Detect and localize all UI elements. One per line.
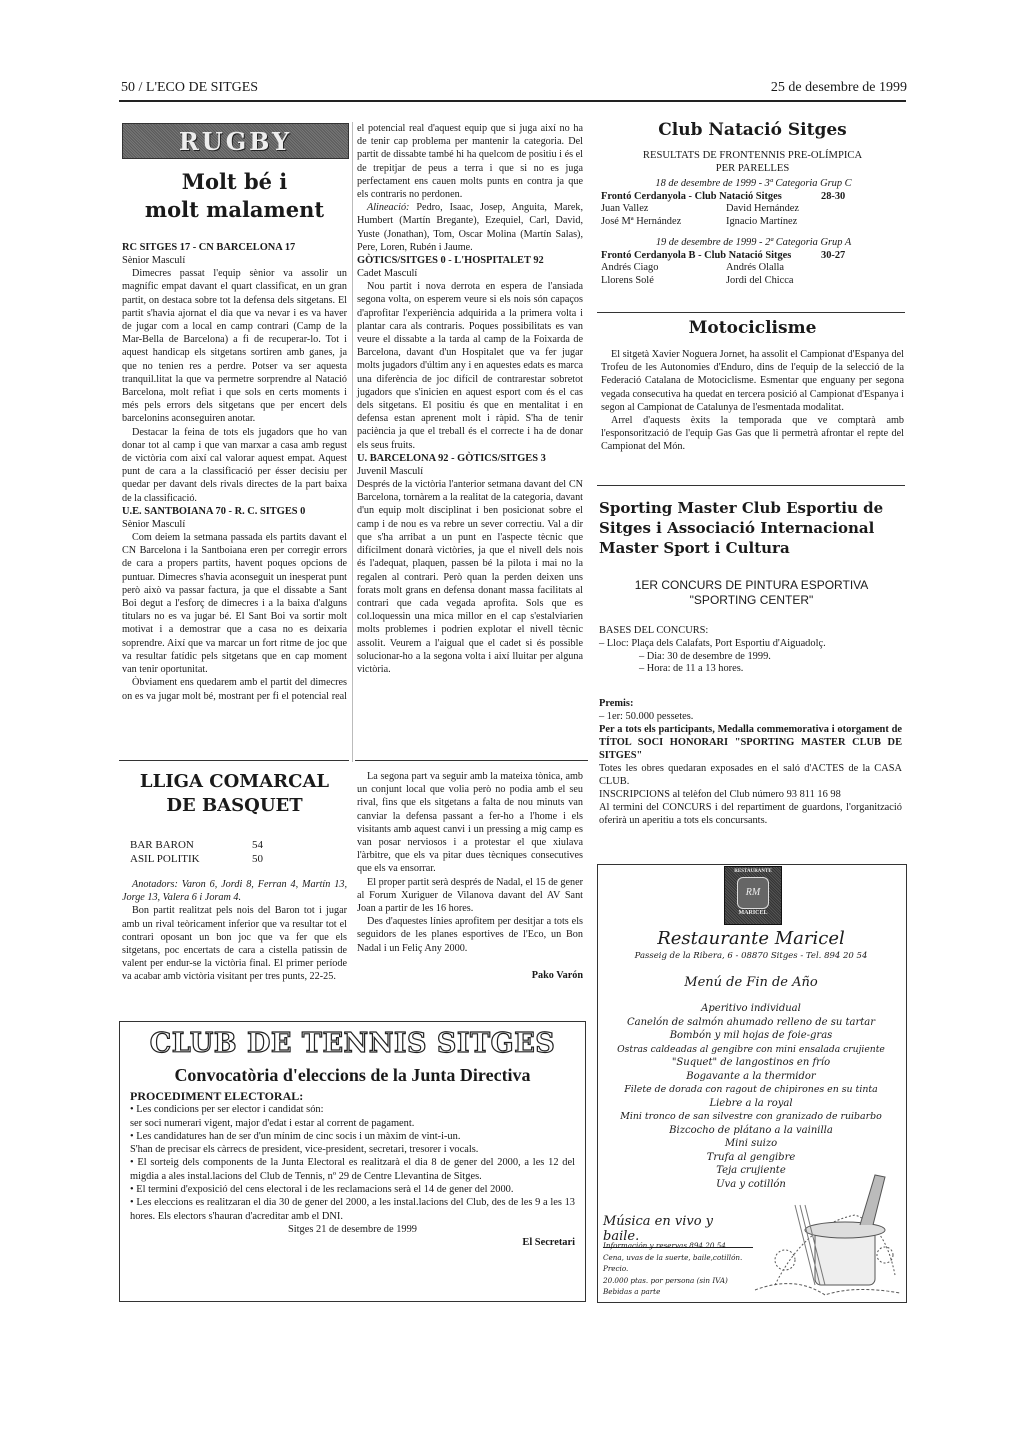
info-line: Cena, uvas de la suerte, baile,cotillón.: [603, 1252, 753, 1264]
round-date: 19 de desembre de 1999 - 2ª Categoria Gr…: [601, 237, 906, 250]
player-name: Llorens Solé: [601, 275, 726, 288]
round-match: Frontó Cerdanyola - Club Natació Sitges2…: [601, 191, 906, 204]
player-name: Andrés Olalla: [726, 262, 876, 275]
player-name: Juan Vallez: [601, 203, 726, 216]
article-paragraph: Òbviament ens quedarem amb el partit del…: [122, 676, 347, 702]
tennis-line: • Les candidatures han de ser d'un mínim…: [130, 1130, 575, 1143]
section-divider: [119, 760, 349, 761]
match-score: 30-27: [821, 250, 845, 263]
menu-item: Canelón de salmón ahumado relleno de su …: [600, 1016, 902, 1030]
prize-item: Al termini del CONCURS i del repartiment…: [599, 801, 902, 827]
menu-item: Filete de dorada con ragout de chipirone…: [600, 1083, 902, 1097]
tennis-line: • Les eleccions es realitzaran el dia 30…: [130, 1196, 575, 1223]
player-name: David Hernández: [726, 203, 876, 216]
menu-item: Bombón y mil hojas de foie-gras: [600, 1029, 902, 1043]
lineup: Alineació: Pedro, Isaac, Josep, Anguita,…: [357, 201, 583, 254]
article-paragraph: Destacar la feina de tots els jugadors q…: [122, 426, 347, 505]
menu-item: Ostras caldeadas al gengibre con mini en…: [600, 1043, 902, 1057]
basquet-headline-line1: LLIGA COMARCAL: [122, 770, 347, 794]
logo-monogram: RM: [737, 877, 769, 909]
match-result: U.E. SANTBOIANA 70 - R. C. SITGES 0: [122, 505, 347, 518]
player-row: Andrés CiagoAndrés Olalla: [601, 262, 906, 275]
tennis-place-date: Sitges 21 de desembre de 1999: [130, 1223, 575, 1236]
team-points: 50: [252, 852, 263, 866]
rugby-headline: Molt bé i molt malament: [122, 168, 347, 224]
rugby-column-1: RC SITGES 17 - CN BARCELONA 17 Sènior Ma…: [122, 241, 347, 702]
logo-bottom-text: MARICEL: [725, 910, 781, 916]
author-byline: Pako Varón: [357, 969, 583, 982]
sporting-headline: Sporting Master Club Esportiu de Sitges …: [599, 498, 907, 558]
info-line: Bebidas a parte: [603, 1286, 753, 1298]
menu-item: Bogavante a la thermidor: [600, 1070, 902, 1084]
bases-item: – Lloc: Plaça dels Calafats, Port Esport…: [599, 638, 904, 651]
prize-item: INSCRIPCIONS al telèfon del Club número …: [599, 788, 902, 801]
basquet-column-1: Anotadors: Varon 6, Jordi 8, Ferran 4, M…: [122, 878, 347, 984]
article-paragraph: El proper partit serà després de Nadal, …: [357, 876, 583, 916]
team-points: 54: [252, 838, 263, 852]
tennis-title: CLUB DE TENNIS SITGES: [120, 1028, 585, 1059]
natacio-headline: Club Natació Sitges: [600, 120, 905, 140]
player-name: Andrés Ciago: [601, 262, 726, 275]
info-line: 20.000 ptas. por persona (sin IVA): [603, 1275, 753, 1287]
lineup-label: Alineació:: [367, 202, 409, 213]
tennis-line: S'han de precisar els càrrecs de preside…: [130, 1143, 575, 1156]
contest-prizes: Premis: – 1er: 50.000 pessetes. Per a to…: [599, 697, 902, 827]
moto-headline: Motociclisme: [600, 318, 905, 338]
bases-label: BASES DEL CONCURS:: [599, 625, 904, 638]
newspaper-page: 50 / L'ECO DE SITGES 25 de desembre de 1…: [0, 0, 1024, 1449]
contest-title-line2: "SPORTING CENTER": [599, 593, 904, 608]
article-paragraph: El sitgetà Xavier Noguera Jornet, ha ass…: [601, 348, 904, 414]
player-row: José Mª HernándezIgnacio Martínez: [601, 216, 906, 229]
article-paragraph: Després de la victòria l'anterior setman…: [357, 478, 583, 676]
article-paragraph: La segona part va seguir amb la mateixa …: [357, 770, 583, 876]
match-result: RC SITGES 17 - CN BARCELONA 17: [122, 241, 347, 254]
contest-bases: BASES DEL CONCURS: – Lloc: Plaça dels Ca…: [599, 625, 904, 676]
prize-item: Totes les obres quedaran exposades en el…: [599, 762, 902, 788]
article-paragraph-continued: el potencial real d'aquest equip que si …: [357, 122, 583, 201]
article-paragraph: Des d'aquestes línies aprofitem per desi…: [357, 915, 583, 955]
score-row: ASIL POLITIK50: [130, 852, 263, 866]
match-category: Sènior Masculí: [122, 518, 347, 531]
article-paragraph: Com deiem la setmana passada els partits…: [122, 531, 347, 676]
info-line: Información y reservas 894 20 54: [603, 1240, 753, 1252]
rugby-headline-line1: Molt bé i: [122, 168, 347, 196]
moto-body: El sitgetà Xavier Noguera Jornet, ha ass…: [601, 348, 904, 454]
tennis-subtitle: Convocatòria d'eleccions de la Junta Dir…: [120, 1065, 585, 1086]
tennis-body: PROCEDIMENT ELECTORAL: • Les condicions …: [120, 1090, 585, 1250]
champagne-bucket-illustration: [745, 1165, 905, 1300]
basquet-headline: LLIGA COMARCAL DE BASQUET: [122, 770, 347, 818]
article-paragraph: Dimecres passat l'equip sènior va assoli…: [122, 267, 347, 425]
scorers: Anotadors: Varon 6, Jordi 8, Ferran 4, M…: [122, 878, 347, 904]
round-match: Frontó Cerdanyola B - Club Natació Sitge…: [601, 250, 906, 263]
menu-item: Liebre a la royal: [600, 1097, 902, 1111]
section-divider: [355, 760, 588, 761]
prize-item: Per a tots els participants, Medalla com…: [599, 723, 902, 762]
bases-item: – Hora: de 11 a 13 hores.: [599, 663, 904, 676]
basquet-headline-line2: DE BASQUET: [122, 794, 347, 818]
natacio-subtitle: RESULTATS DE FRONTENNIS PRE-OLÍMPICA PER…: [600, 150, 905, 175]
match-category: Sènior Masculí: [122, 254, 347, 267]
round-date: 18 de desembre de 1999 - 3ª Categoria Gr…: [601, 178, 906, 191]
tennis-signature: El Secretari: [130, 1236, 575, 1249]
info-line: Precio.: [603, 1263, 753, 1275]
menu-item: Aperitivo individual: [600, 1002, 902, 1016]
match-result: U. BARCELONA 92 - GÒTICS/SITGES 3: [357, 452, 583, 465]
bases-item: – Dia: 30 de desembre de 1999.: [599, 651, 904, 664]
header-rule: [119, 100, 906, 102]
player-name: Jordi del Chicca: [726, 275, 876, 288]
player-row: Juan VallezDavid Hernández: [601, 203, 906, 216]
tennis-line: • El sorteig dels components de la Junta…: [130, 1156, 575, 1183]
rugby-section-label: RUGBY: [179, 127, 292, 156]
player-row: Llorens SoléJordi del Chicca: [601, 275, 906, 288]
basquet-column-2: La segona part va seguir amb la mateixa …: [357, 770, 583, 982]
score-row: BAR BARON54: [130, 838, 263, 852]
section-divider: [597, 485, 905, 486]
menu-item: Mini tronco de san silvestre con graniza…: [600, 1110, 902, 1124]
article-paragraph: Bon partit realitzat pels nois del Baron…: [122, 904, 347, 983]
restaurant-logo: RESTAURANTE RM MARICEL: [724, 866, 782, 925]
match-score: 28-30: [821, 191, 845, 204]
menu-item: Mini suizo: [600, 1137, 902, 1151]
tennis-section-heading: PROCEDIMENT ELECTORAL:: [130, 1090, 575, 1103]
column-divider: [352, 122, 353, 762]
menu-item: Trufa al gengibre: [600, 1151, 902, 1165]
player-name: Ignacio Martínez: [726, 216, 876, 229]
logo-top-text: RESTAURANTE: [725, 869, 781, 874]
team-name: BAR BARON: [130, 838, 252, 852]
reservation-info: Información y reservas 894 20 54 Cena, u…: [603, 1240, 753, 1298]
match-category: Cadet Masculí: [357, 267, 583, 280]
menu-item: Bizcocho de plátano a la vainilla: [600, 1124, 902, 1138]
menu-list: Aperitivo individual Canelón de salmón a…: [600, 1002, 902, 1191]
match-result: GÒTICS/SITGES 0 - L'HOSPITALET 92: [357, 254, 583, 267]
match-teams: Frontó Cerdanyola B - Club Natació Sitge…: [601, 250, 821, 263]
basquet-scoreboard: BAR BARON54 ASIL POLITIK50: [130, 838, 263, 866]
page-label: 50 / L'ECO DE SITGES: [121, 80, 258, 96]
prizes-label: Premis:: [599, 697, 902, 710]
player-name: José Mª Hernández: [601, 216, 726, 229]
contest-title: 1ER CONCURS DE PINTURA ESPORTIVA "SPORTI…: [599, 578, 904, 608]
tennis-line: • Les condicions per ser elector i candi…: [130, 1103, 575, 1116]
match-teams: Frontó Cerdanyola - Club Natació Sitges: [601, 191, 821, 204]
article-paragraph: Arrel d'aquests èxits la temporada que v…: [601, 414, 904, 454]
match-category: Juvenil Masculí: [357, 465, 583, 478]
contest-title-line1: 1ER CONCURS DE PINTURA ESPORTIVA: [599, 578, 904, 593]
menu-item: "Suquet" de langostinos en frío: [600, 1056, 902, 1070]
tennis-line: ser soci numerari vigent, major d'edat i…: [130, 1117, 575, 1130]
rugby-column-2: el potencial real d'aquest equip que si …: [357, 122, 583, 676]
tennis-line: • El termini d'exposició del cens electo…: [130, 1183, 575, 1196]
scorers-label: Anotadors:: [132, 879, 178, 890]
menu-title: Menú de Fin de Año: [600, 975, 902, 990]
team-name: ASIL POLITIK: [130, 852, 252, 866]
restaurant-address: Passeig de la Ribera, 6 - 08870 Sitges -…: [600, 951, 902, 961]
natacio-subtitle-line1: RESULTATS DE FRONTENNIS PRE-OLÍMPICA: [600, 150, 905, 163]
issue-date: 25 de desembre de 1999: [771, 80, 907, 96]
natacio-results: 18 de desembre de 1999 - 3ª Categoria Gr…: [601, 178, 906, 287]
section-divider: [597, 312, 905, 313]
restaurant-name: Restaurante Maricel: [600, 928, 902, 949]
natacio-subtitle-line2: PER PARELLES: [600, 163, 905, 176]
tennis-notice-box: CLUB DE TENNIS SITGES Convocatòria d'ele…: [119, 1021, 586, 1302]
rugby-section-banner: RUGBY: [122, 123, 349, 159]
rugby-headline-line2: molt malament: [122, 196, 347, 224]
prize-item: – 1er: 50.000 pessetes.: [599, 710, 902, 723]
article-paragraph: Nou partit i nova derrota en espera de l…: [357, 280, 583, 452]
